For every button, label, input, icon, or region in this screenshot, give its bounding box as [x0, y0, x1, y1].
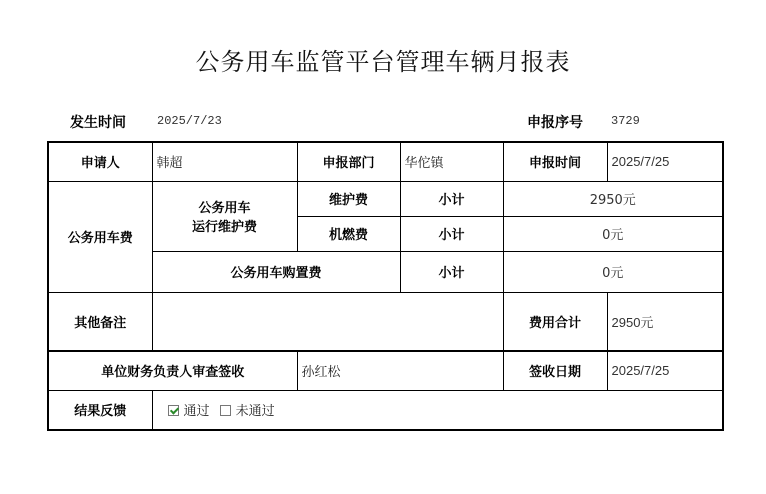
apply-time-label: 申报时间: [503, 142, 607, 181]
sign-date-label: 签收日期: [503, 351, 607, 390]
applicant-label: 申请人: [48, 142, 152, 181]
maintenance-subtotal-label: 小计: [400, 181, 503, 216]
total-label: 费用合计: [503, 292, 607, 351]
maintenance-subtotal-value: 2950元: [503, 181, 723, 216]
maintenance-row: 公务用车费 公务用车 运行维护费 维护费 小计 2950元: [48, 181, 723, 216]
serial-label: 申报序号: [527, 112, 583, 132]
sign-date-value: 2025/7/25: [607, 351, 723, 390]
pass-checkbox[interactable]: [168, 405, 179, 416]
finance-review-label: 单位财务负责人审查签收: [48, 351, 297, 390]
page-title: 公务用车监管平台管理车辆月报表: [0, 42, 766, 77]
remarks-value[interactable]: [152, 292, 503, 351]
finance-review-row: 单位财务负责人审查签收 孙红松 签收日期 2025/7/25: [48, 351, 723, 390]
applicant-row: 申请人 韩超 申报部门 华佗镇 申报时间 2025/7/25: [48, 142, 723, 181]
operation-fee-label-line2: 运行维护费: [157, 216, 293, 235]
finance-reviewer-value: 孙红松: [297, 351, 503, 390]
apply-time-value: 2025/7/25: [607, 142, 723, 181]
purchase-label: 公务用车购置费: [152, 251, 400, 292]
fail-option-label: 未通过: [236, 404, 275, 419]
report-page: 公务用车监管平台管理车辆月报表 发生时间 2025/7/23 申报序号 3729…: [0, 0, 766, 494]
operation-fee-label-line1: 公务用车: [157, 197, 293, 216]
occur-time-value: 2025/7/23: [157, 114, 222, 128]
report-table: 申请人 韩超 申报部门 华佗镇 申报时间 2025/7/25 公务用车费 公务用…: [47, 141, 724, 431]
purchase-subtotal-label: 小计: [400, 251, 503, 292]
department-label: 申报部门: [297, 142, 400, 181]
fuel-subtotal-label: 小计: [400, 216, 503, 251]
result-row: 结果反馈 通过 未通过: [48, 390, 723, 430]
operation-fee-label: 公务用车 运行维护费: [152, 181, 297, 251]
fuel-subtotal-value: 0元: [503, 216, 723, 251]
vehicle-fee-label: 公务用车费: [48, 181, 152, 292]
serial-value: 3729: [611, 114, 640, 128]
remarks-row: 其他备注 费用合计 2950元: [48, 292, 723, 351]
total-value: 2950元: [607, 292, 723, 351]
applicant-value: 韩超: [152, 142, 297, 181]
maintenance-label: 维护费: [297, 181, 400, 216]
occur-time-label: 发生时间: [70, 112, 126, 132]
purchase-subtotal-value: 0元: [503, 251, 723, 292]
result-options: 通过 未通过: [152, 390, 723, 430]
department-value: 华佗镇: [400, 142, 503, 181]
fuel-label: 机燃费: [297, 216, 400, 251]
remarks-label: 其他备注: [48, 292, 152, 351]
fail-checkbox[interactable]: [220, 405, 231, 416]
pass-option-label: 通过: [184, 404, 210, 419]
result-label: 结果反馈: [48, 390, 152, 430]
